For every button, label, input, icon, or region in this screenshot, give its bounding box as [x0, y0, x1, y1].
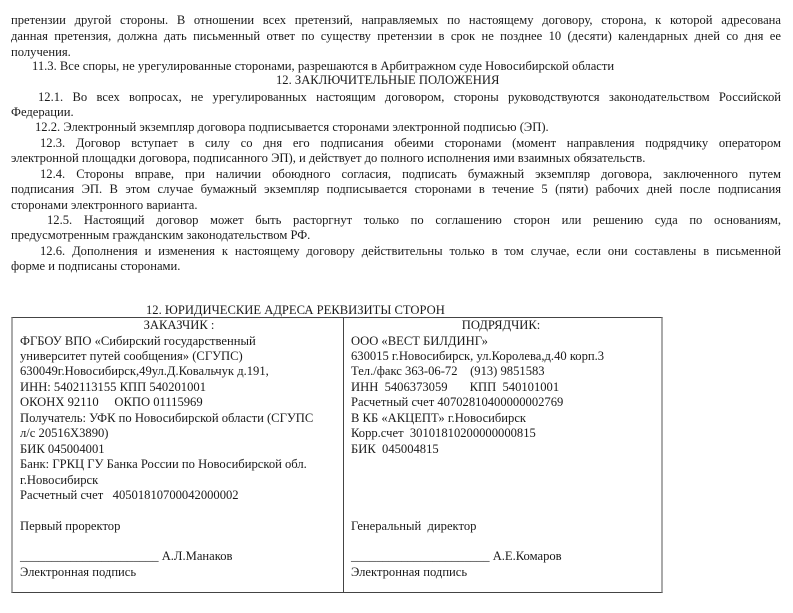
- contractor-position: Генеральный директор: [351, 519, 476, 535]
- customer-line: ФГБОУ ВПО «Сибирский государственный: [20, 334, 256, 350]
- customer-signature-line[interactable]: ______________________: [20, 549, 159, 563]
- paragraph-11-2-line-1: претензии другой стороны. В отношении вс…: [11, 13, 781, 29]
- customer-line: университет путей сообщения» (СГУПС): [20, 349, 243, 365]
- contractor-line: Тел./факс 363-06-72 (913) 9851583: [351, 364, 545, 380]
- paragraph-12-4-line-2: подписания ЭП. В этом случае бумажный эк…: [11, 182, 781, 198]
- contractor-line: ООО «ВЕСТ БИЛДИНГ»: [351, 334, 488, 350]
- customer-line: БИК 045004001: [20, 442, 105, 458]
- paragraph-12-6-line-2: форме и подписаны сторонами.: [11, 259, 180, 275]
- contractor-line: ИНН 5406373059 КПП 540101001: [351, 380, 559, 396]
- requisites-table: ЗАКАЗЧИК : ФГБОУ ВПО «Сибирский государс…: [11, 317, 663, 593]
- paragraph-12-5-line-2: предусмотренным гражданским законодатель…: [11, 228, 310, 244]
- customer-header: ЗАКАЗЧИК :: [20, 318, 338, 334]
- contractor-signature-row: ______________________ А.Е.Комаров: [351, 549, 562, 565]
- section-12-title: 12. ЗАКЛЮЧИТЕЛЬНЫЕ ПОЛОЖЕНИЯ: [276, 73, 499, 89]
- contractor-signature-line[interactable]: ______________________: [351, 549, 490, 563]
- contractor-line: 630015 г.Новосибирск, ул.Королева,д.40 к…: [351, 349, 604, 365]
- customer-signer: А.Л.Манаков: [162, 549, 233, 563]
- paragraph-12-3-line-2: электронной площадки договора, подписанн…: [11, 151, 645, 167]
- customer-signature-row: ______________________ А.Л.Манаков: [20, 549, 232, 565]
- column-divider: [343, 318, 344, 592]
- customer-line: л/с 20516Х3890): [20, 426, 108, 442]
- customer-signature-type: Электронная подпись: [20, 565, 136, 581]
- customer-line: ОКОНХ 92110 ОКПО 01115969: [20, 395, 203, 411]
- paragraph-11-2-line-2: данная претензия, должна дать письменный…: [11, 29, 781, 45]
- paragraph-12-3-line-1: 12.3. Договор вступает в силу со дня его…: [40, 136, 781, 152]
- contractor-signer: А.Е.Комаров: [493, 549, 562, 563]
- customer-line: г.Новосибирск: [20, 473, 98, 489]
- contractor-line: Корр.счет 30101810200000000815: [351, 426, 536, 442]
- paragraph-12-5-line-1: 12.5. Настоящий договор может быть расто…: [47, 213, 781, 229]
- contractor-signature-type: Электронная подпись: [351, 565, 467, 581]
- contractor-line: Расчетный счет 40702810400000002769: [351, 395, 563, 411]
- paragraph-12-4-line-1: 12.4. Стороны вправе, при наличии обоюдн…: [40, 167, 781, 183]
- customer-line: Банк: ГРКЦ ГУ Банка России по Новосибирс…: [20, 457, 307, 473]
- contractor-line: В КБ «АКЦЕПТ» г.Новосибирск: [351, 411, 526, 427]
- paragraph-12-6-line-1: 12.6. Дополнения и изменения к настоящем…: [40, 244, 781, 260]
- customer-line: ИНН: 5402113155 КПП 540201001: [20, 380, 206, 396]
- customer-line: Расчетный счет 40501810700042000002: [20, 488, 239, 504]
- contractor-header: ПОДРЯДЧИК:: [351, 318, 651, 334]
- customer-line: 630049г.Новосибирск,49ул.Д.Ковальчук д.1…: [20, 364, 269, 380]
- paragraph-12-1-line-2: Федерации.: [11, 105, 74, 121]
- paragraph-12-4-line-3: сторонами электронного варианта.: [11, 198, 197, 214]
- contractor-line: БИК 045004815: [351, 442, 439, 458]
- paragraph-12-2: 12.2. Электронный экземпляр договора под…: [35, 120, 549, 136]
- paragraph-12-1-line-1: 12.1. Во всех вопросах, не урегулированн…: [38, 90, 781, 106]
- customer-position: Первый проректор: [20, 519, 120, 535]
- customer-line: Получатель: УФК по Новосибирской области…: [20, 411, 313, 427]
